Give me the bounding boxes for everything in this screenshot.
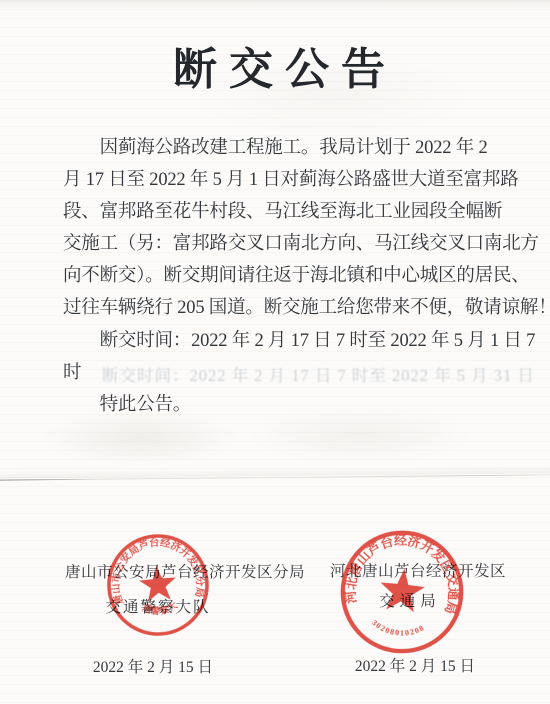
seal-star-icon <box>378 566 427 613</box>
body-line: 交施工（另：富邦路交叉口南北方向、马江线交叉口南北方 <box>63 228 523 260</box>
scanned-notice-page: 断交公告 因蓟海公路改建工程施工。我局计划于 2022 年 2月 17 日至 2… <box>0 0 550 704</box>
body-line: 段、富邦路至花牛村段、马江线至海北工业园段全幅断 <box>63 196 523 228</box>
page-title: 断交公告 <box>10 33 550 97</box>
traffic-bureau-seal-icon: 河北唐山芦台经济开发区交通局 1302080102080 <box>332 522 473 663</box>
body-line: 过往车辆绕行 205 国道。断交施工给您带来不便，敬请谅解！ <box>63 292 523 324</box>
body-line: 月 17 日至 2022 年 5 月 1 日对蓟海公路盛世大道至富邦路 <box>63 164 523 196</box>
body-line: 因蓟海公路改建工程施工。我局计划于 2022 年 2 <box>63 132 523 164</box>
left-signature-date: 2022 年 2 月 15 日 <box>65 655 241 677</box>
bleed-through-text: 断交时间：2022 年 2 月 17 日 7 时至 2022 年 5 月 31 … <box>102 362 532 386</box>
police-brigade-seal-icon: 唐山市公安局芦台经济开发区分局 交通警察大队 <box>101 528 216 643</box>
body-line: 特此公告。 <box>63 389 523 421</box>
seal-star-icon <box>138 564 178 602</box>
body-line: 断交时间：2022 年 2 月 17 日 7 时至 2022 年 5 月 1 日… <box>63 325 523 357</box>
body-line: 向不断交）。断交期间请往返于海北镇和中心城区的居民、 <box>63 260 523 292</box>
